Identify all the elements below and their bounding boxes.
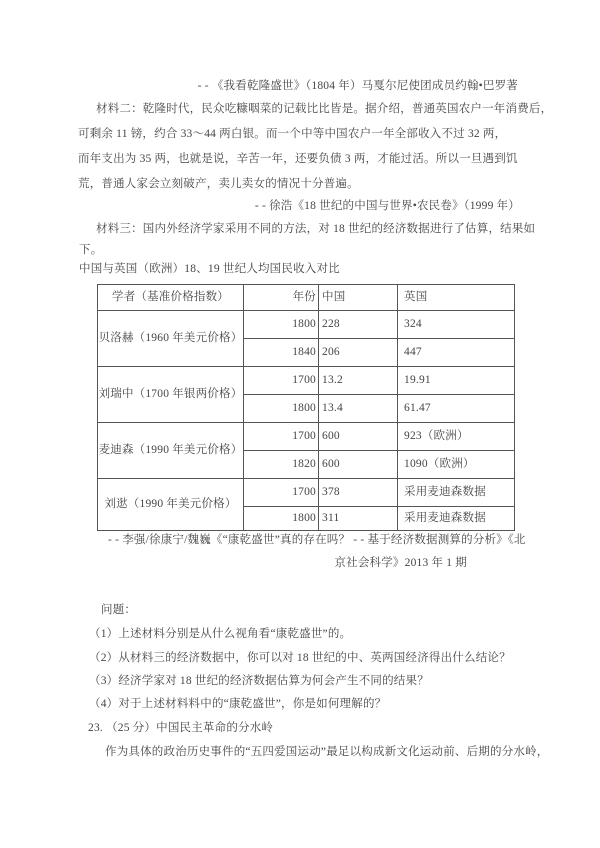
scholar-cell: 刘逖（1990 年美元价格） [98, 479, 244, 531]
britain-cell: 1090（欧洲） [398, 451, 515, 479]
citation-line-2: 京社会科学》2013 年 1 期 [334, 556, 467, 570]
scholar-cell: 贝洛赫（1960 年美元价格） [98, 311, 244, 367]
header-scholar: 学者（基准价格指数） [98, 285, 244, 311]
china-cell: 600 [319, 423, 398, 451]
china-cell: 206 [319, 339, 398, 367]
question-3: （3）经济学家对 18 世纪的经济数据估算为何会产生不同的结果？ [89, 674, 429, 688]
attribution-line-2: - - 徐浩《18 世纪的中国与世界•农民卷》（1999 年） [255, 199, 520, 213]
question-2: （2）从材料三的经济数据中，你可以对 18 世纪的中、英两国经济得出什么结论？ [89, 651, 511, 665]
material2-line-4: 荒，普通人家会立刻破产，卖儿卖女的情况十分普遍。 [78, 177, 359, 191]
material2-line-2: 可剩余 11 镑，约合 33～44 两白银。而一个中等中国农户一年全部收入不过 … [78, 127, 506, 141]
year-cell: 1800 [244, 311, 319, 339]
year-cell: 1840 [244, 339, 319, 367]
year-cell: 1700 [244, 479, 319, 507]
question-4: （4）对于上述材料料中的“康乾盛世”，你是如何理解的？ [89, 697, 386, 711]
china-cell: 228 [319, 311, 398, 339]
year-cell: 1700 [244, 423, 319, 451]
china-cell: 13.2 [319, 367, 398, 395]
header-britain: 英国 [398, 285, 515, 311]
britain-cell: 324 [398, 311, 515, 339]
exam-document-page: - - 《我看乾隆盛世》（1804 年）马戛尔尼使团成员约翰•巴罗著 材料二：乾… [0, 0, 600, 848]
year-cell: 1800 [244, 507, 319, 531]
britain-cell: 采用麦迪森数据 [398, 479, 515, 507]
attribution-line-1: - - 《我看乾隆盛世》（1804 年）马戛尔尼使团成员约翰•巴罗著 [198, 79, 518, 93]
header-year: 年份 [244, 285, 319, 311]
year-cell: 1820 [244, 451, 319, 479]
china-cell: 600 [319, 451, 398, 479]
year-cell: 1800 [244, 395, 319, 423]
scholar-cell: 麦迪森（1990 年美元价格） [98, 423, 244, 479]
britain-cell: 923（欧洲） [398, 423, 515, 451]
britain-cell: 61.47 [398, 395, 515, 423]
material3-line-1: 材料三：国内外经济学家采用不同的方法，对 18 世纪的经济数据进行了估算，结果如 [96, 222, 535, 236]
citation-line-1: - - 李强/徐康宁/魏巍《“康乾盛世”真的存在吗？ - - 基于经济数据测算的… [108, 533, 526, 547]
question-23-body: 作为具体的政治历史事件的“五四爱国运动”最足以构成新文化运动前、后期的分水岭， [105, 745, 549, 759]
header-china: 中国 [319, 285, 398, 311]
questions-label: 问题： [101, 603, 136, 617]
income-comparison-table: 学者（基准价格指数） 年份 中国 英国 贝洛赫（1960 年美元价格） 1800… [97, 284, 515, 531]
britain-cell: 447 [398, 339, 515, 367]
question-1: （1）上述材料分别是从什么视角看“康乾盛世”的。 [89, 627, 351, 641]
material3-line-2: 下。 [79, 243, 102, 257]
china-cell: 13.4 [319, 395, 398, 423]
china-cell: 311 [319, 507, 398, 531]
question-23-heading: 23. （25 分）中国民主革命的分水岭 [88, 721, 273, 735]
table-title: 中国与英国（欧洲）18、19 世纪人均国民收入对比 [79, 262, 340, 276]
material2-line-3: 而年支出为 35 两，也就是说，辛苦一年，还要负债 3 两，才能过活。所以一旦遇… [78, 152, 518, 166]
britain-cell: 采用麦迪森数据 [398, 507, 515, 531]
scholar-cell: 刘瑞中（1700 年银两价格） [98, 367, 244, 423]
material2-line-1: 材料二：乾隆时代，民众吃糠咽菜的记载比比皆是。据介绍，普通英国农户一年消费后， [96, 102, 552, 116]
year-cell: 1700 [244, 367, 319, 395]
britain-cell: 19.91 [398, 367, 515, 395]
china-cell: 378 [319, 479, 398, 507]
